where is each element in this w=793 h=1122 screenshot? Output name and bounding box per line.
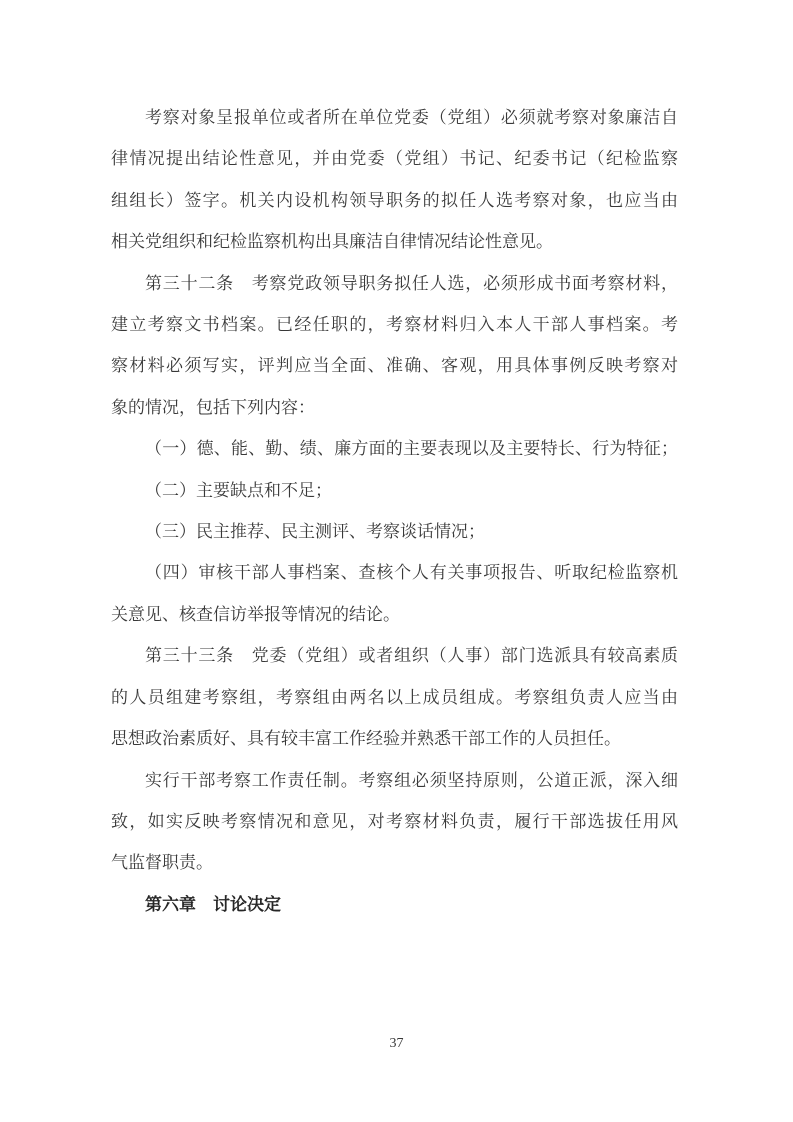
text-line: 实行干部考察工作责任制。考察组必须坚持原则，公道正派，深入细: [111, 760, 678, 801]
paragraph-article-33: 第三十三条 党委（党组）或者组织（人事）部门选派具有较高素质的人员组建考察组，考…: [111, 635, 678, 759]
text-line: 关意见、核查信访举报等情况的结论。: [111, 594, 678, 635]
text-line: 组组长）签字。机关内设机构领导职务的拟任人选考察对象，也应当由: [111, 180, 678, 221]
chapter-6-heading: 第六章 讨论决定: [111, 884, 678, 925]
text-line: 建立考察文书档案。已经任职的，考察材料归入本人干部人事档案。考: [111, 304, 678, 345]
list-item-2: （二）主要缺点和不足；: [111, 470, 678, 511]
document-body: 考察对象呈报单位或者所在单位党委（党组）必须就考察对象廉洁自律情况提出结论性意见…: [111, 97, 678, 925]
text-line: （四）审核干部人事档案、查核个人有关事项报告、听取纪检监察机: [111, 552, 678, 593]
text-line: 考察对象呈报单位或者所在单位党委（党组）必须就考察对象廉洁自: [111, 97, 678, 138]
text-line: 致，如实反映考察情况和意见，对考察材料负责，履行干部选拔任用风: [111, 801, 678, 842]
text-line: 第六章 讨论决定: [111, 884, 678, 925]
text-line: （二）主要缺点和不足；: [111, 470, 678, 511]
text-line: （三）民主推荐、民主测评、考察谈话情况；: [111, 511, 678, 552]
paragraph-responsibility: 实行干部考察工作责任制。考察组必须坚持原则，公道正派，深入细致，如实反映考察情况…: [111, 760, 678, 884]
text-line: 律情况提出结论性意见，并由党委（党组）书记、纪委书记（纪检监察: [111, 138, 678, 179]
text-line: 象的情况，包括下列内容：: [111, 387, 678, 428]
list-item-4: （四）审核干部人事档案、查核个人有关事项报告、听取纪检监察机关意见、核查信访举报…: [111, 552, 678, 635]
text-line: 第三十二条 考察党政领导职务拟任人选，必须形成书面考察材料，: [111, 263, 678, 304]
text-line: 思想政治素质好、具有较丰富工作经验并熟悉干部工作的人员担任。: [111, 718, 678, 759]
paragraph-integrity-opinion: 考察对象呈报单位或者所在单位党委（党组）必须就考察对象廉洁自律情况提出结论性意见…: [111, 97, 678, 263]
page-number: 37: [0, 1036, 793, 1052]
text-line: （一）德、能、勤、绩、廉方面的主要表现以及主要特长、行为特征；: [111, 428, 678, 469]
document-page: 考察对象呈报单位或者所在单位党委（党组）必须就考察对象廉洁自律情况提出结论性意见…: [0, 0, 793, 1122]
list-item-3: （三）民主推荐、民主测评、考察谈话情况；: [111, 511, 678, 552]
paragraph-article-32: 第三十二条 考察党政领导职务拟任人选，必须形成书面考察材料，建立考察文书档案。已…: [111, 263, 678, 429]
text-line: 察材料必须写实，评判应当全面、准确、客观，用具体事例反映考察对: [111, 345, 678, 386]
text-line: 的人员组建考察组，考察组由两名以上成员组成。考察组负责人应当由: [111, 677, 678, 718]
text-line: 第三十三条 党委（党组）或者组织（人事）部门选派具有较高素质: [111, 635, 678, 676]
list-item-1: （一）德、能、勤、绩、廉方面的主要表现以及主要特长、行为特征；: [111, 428, 678, 469]
text-line: 气监督职责。: [111, 842, 678, 883]
text-line: 相关党组织和纪检监察机构出具廉洁自律情况结论性意见。: [111, 221, 678, 262]
